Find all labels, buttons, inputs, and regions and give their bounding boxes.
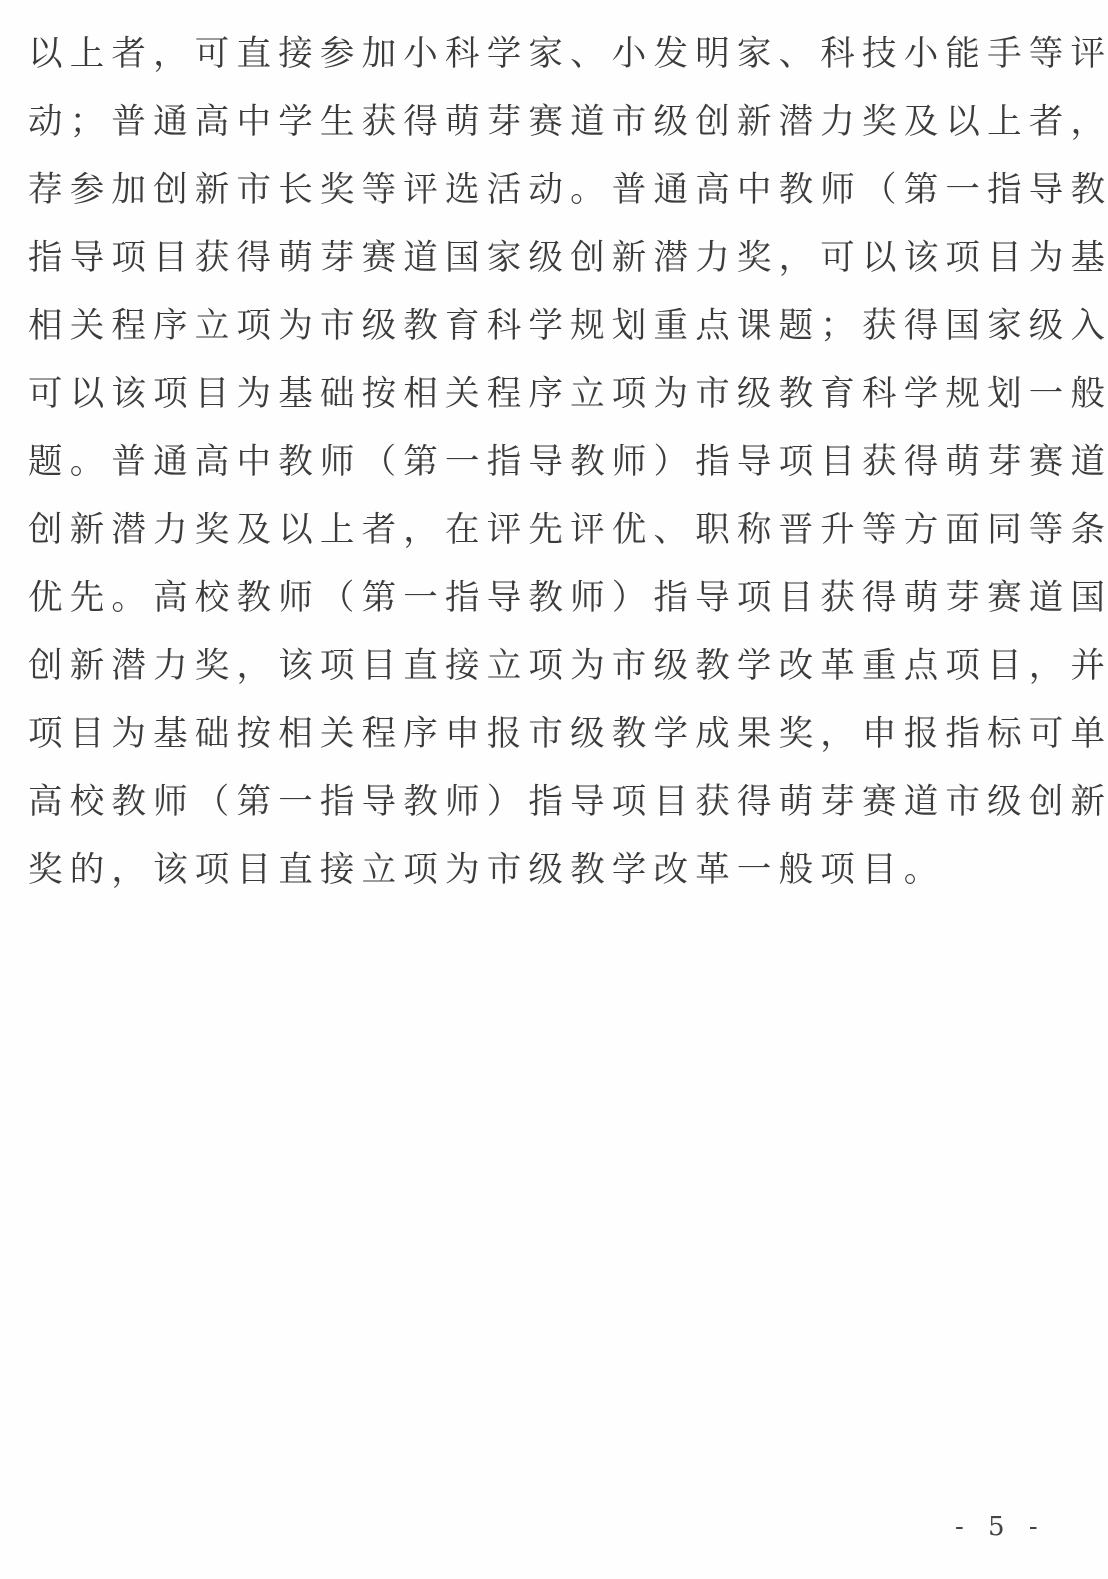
- text-line: 以上者，可直接参加小科学家、小发明家、科技小能手等评选活: [28, 30, 1048, 78]
- text-line: 相关程序立项为市级教育科学规划重点课题；获得国家级入围奖，: [28, 302, 1048, 350]
- text-line: 创新潜力奖，该项目直接立项为市级教学改革重点项目，并以此: [28, 642, 1048, 690]
- text-line: 项目为基础按相关程序申报市级教学成果奖，申报指标可单列。: [28, 710, 1048, 758]
- text-line: 题。普通高中教师（第一指导教师）指导项目获得萌芽赛道市级: [28, 438, 1048, 486]
- text-line: 创新潜力奖及以上者，在评先评优、职称晋升等方面同等条件下: [28, 506, 1048, 554]
- text-line: 奖的，该项目直接立项为市级教学改革一般项目。: [28, 846, 1048, 894]
- text-line: 动；普通高中学生获得萌芽赛道市级创新潜力奖及以上者，可推: [28, 98, 1048, 146]
- page-number: - 5 -: [955, 1512, 1046, 1542]
- document-page: 以上者，可直接参加小科学家、小发明家、科技小能手等评选活 动；普通高中学生获得萌…: [0, 0, 1108, 1579]
- text-line: 荐参加创新市长奖等评选活动。普通高中教师（第一指导教师）: [28, 166, 1048, 214]
- text-line: 高校教师（第一指导教师）指导项目获得萌芽赛道市级创新潜力: [28, 778, 1048, 826]
- text-line: 优先。高校教师（第一指导教师）指导项目获得萌芽赛道国家级: [28, 574, 1048, 622]
- text-line: 指导项目获得萌芽赛道国家级创新潜力奖，可以该项目为基础按: [28, 234, 1048, 282]
- text-line: 可以该项目为基础按相关程序立项为市级教育科学规划一般课: [28, 370, 1048, 418]
